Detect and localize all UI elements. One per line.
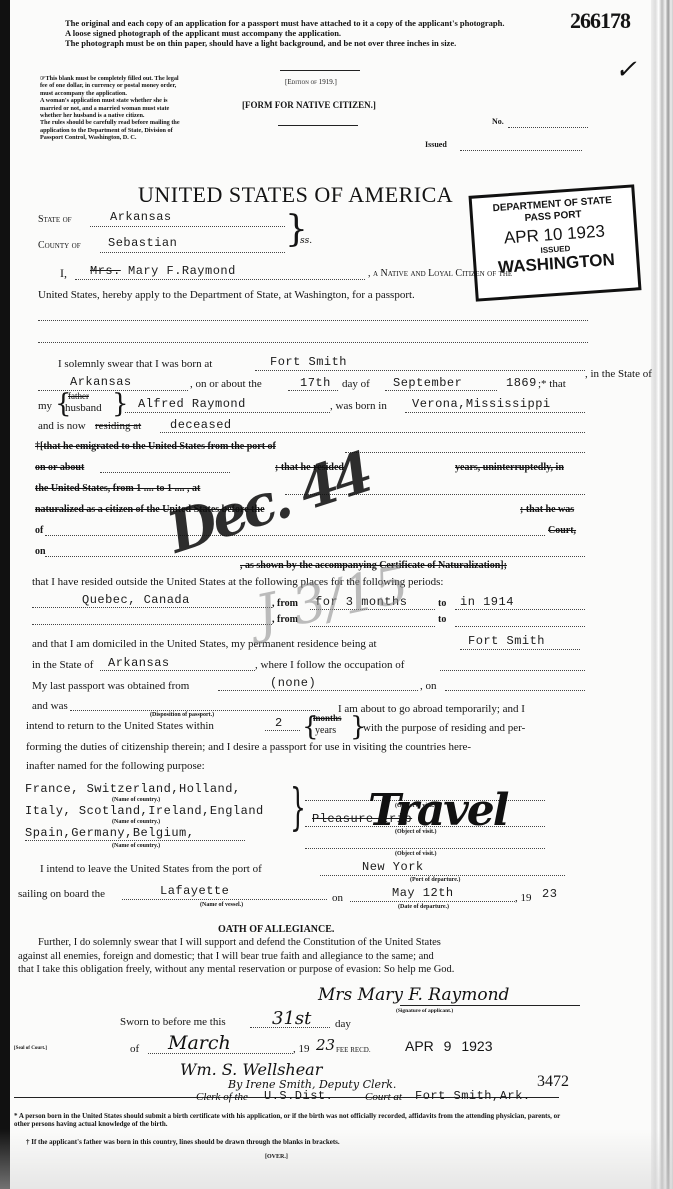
naturalization-line-2: on or about (35, 462, 84, 473)
countries-brace: } (290, 782, 306, 832)
sworn-year: 23 (316, 1036, 335, 1054)
domicile-state-line (100, 670, 255, 671)
naturalization-line-2c: years, uninterruptedly, in (455, 462, 564, 473)
departure-port[interactable]: New York (362, 860, 424, 874)
oath-line-2: against all enemies, foreign and domesti… (18, 951, 434, 962)
departure-port-caption: (Port of departure.) (410, 877, 460, 883)
fee-received-label: FEE RECD. (336, 1046, 371, 1054)
departure-year-prefix: , 19 (515, 892, 532, 904)
seal-label: [Seal of Court.] (14, 1046, 47, 1051)
domicile-state[interactable]: Arkansas (108, 656, 170, 670)
residence-to-1[interactable]: in 1914 (460, 595, 514, 609)
side-instructions: ☞This blank must be completely filled ou… (40, 75, 180, 142)
occupation-field[interactable] (440, 670, 585, 671)
handwritten-scrawl-large: Dec. 44 (160, 440, 377, 567)
residence-to-1-line (455, 609, 585, 610)
applicant-name[interactable]: Mary F.Raymond (128, 264, 236, 278)
return-unit-struck: months (313, 713, 342, 723)
born-in-label: , was born in (330, 400, 387, 412)
birth-place-line (255, 370, 585, 371)
oath-line-1: Further, I do solemnly swear that I will… (38, 937, 441, 948)
header-note-3: The photograph must be on thin paper, sh… (65, 38, 585, 48)
county-value[interactable]: Sebastian (108, 236, 177, 250)
residence-place-1-line (32, 607, 272, 608)
disposition-field[interactable] (70, 710, 320, 711)
naturalization-line-1: †[that he emigrated to the United States… (35, 441, 276, 452)
domicile-text: and that I am domiciled in the United St… (32, 638, 377, 650)
return-value-line (265, 730, 300, 731)
last-passport-value[interactable]: (none) (270, 676, 316, 690)
birth-place[interactable]: Fort Smith (270, 355, 347, 369)
naturalization-line-6: on (35, 546, 46, 557)
birth-year[interactable]: 1869 (506, 376, 537, 390)
residence-place-1[interactable]: Quebec, Canada (82, 593, 190, 607)
native-citizen-label: , a Native and Loyal Citizen of the (368, 268, 512, 279)
footnote-birth-certificate: * A person born in the United States sho… (14, 1112, 564, 1128)
naturalization-line-4b: ; that he was (520, 504, 574, 515)
departure-date-caption: (Date of departure.) (398, 904, 449, 910)
residence-to-2-field[interactable] (455, 626, 585, 627)
departure-date-line (350, 901, 515, 902)
header-note-2: A loose signed photograph of the applica… (65, 28, 585, 38)
oath-line-3: that I take this obligation freely, with… (18, 964, 454, 975)
domicile-city[interactable]: Fort Smith (468, 634, 545, 648)
spouse-birthplace-line (405, 412, 585, 413)
i-label: I, (60, 266, 67, 281)
naturalization-line-5: of (35, 525, 43, 536)
occupation-label: , where I follow the occupation of (255, 659, 404, 671)
clerk-of-label: Clerk of the (196, 1091, 248, 1103)
sworn-day-line (250, 1027, 330, 1028)
return-label: intend to return to the United States wi… (26, 720, 214, 732)
naturalization-line-3: the United States, from 1 .... to 1 ....… (35, 483, 200, 494)
day-of-label: day of (342, 378, 370, 390)
blank-line-1 (38, 320, 588, 321)
number-label: No. (492, 117, 504, 126)
instruction-rules: The rules should be carefully read befor… (40, 119, 180, 141)
applicant-name-line (75, 279, 365, 280)
departure-date[interactable]: May 12th (392, 886, 454, 900)
last-passport-date-field[interactable] (445, 690, 585, 691)
passport-issued-stamp: DEPARTMENT OF STATE PASS PORT APR 10 192… (469, 184, 642, 301)
return-value[interactable]: 2 (275, 716, 283, 730)
last-passport-on-label: , on (420, 680, 437, 692)
return-line-2: forming the duties of citizenship therei… (26, 741, 471, 753)
divider-top (280, 70, 360, 71)
form-type-label: [FORM FOR NATIVE CITIZEN.] (242, 100, 376, 110)
spouse-name-line (125, 412, 330, 413)
instruction-married: A woman's application must state whether… (40, 97, 180, 119)
departure-on-label: on (332, 892, 343, 904)
naturalization-line-1-blank (345, 452, 585, 453)
sworn-month: March (168, 1032, 231, 1054)
state-label: State of (38, 214, 72, 225)
country-2-caption: (Name of country.) (112, 819, 160, 825)
state-line (90, 226, 285, 227)
residing-struck: residing at (95, 420, 141, 432)
vessel-line (122, 899, 327, 900)
and-was-label: and was (32, 700, 68, 712)
return-unit: years (315, 725, 336, 736)
relation-struck: father (68, 391, 89, 401)
return-purpose-text: with the purpose of residing and per- (363, 722, 525, 734)
fee-received-date: APR 9 1923 (405, 1038, 493, 1054)
my-label: my (38, 400, 52, 412)
birth-month-line (385, 390, 497, 391)
on-about-label: , on or about the (190, 378, 262, 390)
state-of-label: , in the State of (585, 368, 652, 380)
header-notes: The original and each copy of an applica… (65, 18, 585, 48)
issued-field[interactable] (460, 150, 582, 151)
residing-line (160, 432, 585, 433)
last-passport-label: My last passport was obtained from (32, 680, 189, 692)
naturalization-line-5-blank (45, 535, 545, 536)
vessel-label: sailing on board the (18, 888, 105, 900)
ss-label: ss. (300, 236, 312, 246)
birth-state[interactable]: Arkansas (70, 375, 132, 389)
relation-brace-close: } (112, 391, 129, 417)
residing-label: and is now (38, 420, 86, 432)
signature-line (400, 1005, 580, 1006)
signature-caption: (Signature of applicant.) (396, 1008, 453, 1014)
birth-day[interactable]: 17th (300, 376, 331, 390)
state-value[interactable]: Arkansas (110, 210, 172, 224)
over-label: [OVER.] (265, 1154, 288, 1160)
name-title-struck: Mrs. (90, 264, 121, 278)
domicile-city-line (460, 649, 580, 650)
apply-text: United States, hereby apply to the Depar… (38, 289, 415, 301)
return-line-3: inafter named for the following purpose: (26, 760, 205, 772)
last-passport-line (218, 690, 418, 691)
domicile-state-label: in the State of (32, 659, 93, 671)
object-of-visit-3-caption: (Object of visit.) (395, 851, 437, 857)
court-name: U.S.Dist. (264, 1089, 333, 1103)
spouse-name[interactable]: Alfred Raymond (138, 397, 246, 411)
sworn-label: Sworn to before me this (120, 1016, 226, 1028)
sworn-born-label: I solemnly swear that I was born at (58, 358, 212, 370)
reference-number: 3472 (537, 1073, 569, 1091)
scan-left-border (0, 0, 10, 1189)
sworn-day: 31st (272, 1008, 311, 1029)
number-field[interactable] (508, 127, 588, 128)
departure-year[interactable]: 23 (542, 887, 557, 901)
blank-line-2 (38, 342, 588, 343)
object-of-visit-3-field[interactable] (305, 848, 545, 849)
relation: husband (65, 402, 102, 414)
sworn-year-prefix: , 19 (293, 1043, 310, 1055)
country-2[interactable]: Italy, Scotland,Ireland,England (25, 804, 264, 818)
scan-right-edge (651, 0, 673, 1189)
court-location: Fort Smith,Ark. (415, 1089, 531, 1103)
departure-port-line (320, 875, 565, 876)
residence-to-label-1: to (438, 598, 446, 609)
country-3-caption: (Name of country.) (112, 843, 160, 849)
sworn-of-label: of (130, 1043, 139, 1055)
clerk-signature: Wm. S. Wellshear (180, 1060, 322, 1079)
naturalization-line-5b: Court, (548, 525, 576, 536)
passport-application-page: 266178 ✓ The original and each copy of a… (0, 0, 673, 1189)
country-3[interactable]: Spain,Germany,Belgium, (25, 826, 194, 840)
sworn-day-label: day (335, 1018, 351, 1030)
spouse-birthplace[interactable]: Verona,Mississippi (412, 397, 551, 411)
travel-annotation: Travel (368, 785, 508, 836)
header-note-1: The original and each copy of an applica… (65, 18, 585, 28)
naturalization-line-2-blank (100, 472, 230, 473)
oath-title: OATH OF ALLEGIANCE. (218, 924, 334, 935)
divider-bottom (278, 125, 358, 126)
instruction-fee: ☞This blank must be completely filled ou… (40, 75, 180, 97)
birth-day-line (288, 390, 338, 391)
footnote-father-born: † If the applicant's father was born in … (26, 1138, 566, 1146)
disposition-caption: (Disposition of passport.) (150, 712, 214, 718)
residence-to-label-2: to (438, 614, 446, 625)
applicant-signature: Mrs Mary F. Raymond (318, 985, 509, 1005)
country-3-line (25, 840, 245, 841)
document-title: UNITED STATES OF AMERICA (138, 182, 453, 208)
birth-month[interactable]: September (393, 376, 462, 390)
country-1-caption: (Name of country.) (112, 797, 160, 803)
residing-value[interactable]: deceased (170, 418, 232, 432)
edition-label: [Edition of 1919.] (285, 78, 337, 86)
that-label: ;* that (538, 378, 566, 390)
naturalization-line-6-blank (45, 556, 585, 557)
court-at-label: Court at (365, 1091, 402, 1103)
vessel-name[interactable]: Lafayette (160, 884, 229, 898)
check-mark-icon: ✓ (615, 55, 637, 85)
vessel-caption: (Name of vessel.) (200, 902, 243, 908)
residence-place-2-line (32, 624, 272, 625)
departure-port-label: I intend to leave the United States from… (40, 863, 262, 875)
county-line (100, 252, 285, 253)
country-1[interactable]: France, Switzerland,Holland, (25, 782, 241, 796)
issued-label: Issued (425, 140, 447, 149)
sworn-month-line (148, 1053, 293, 1054)
county-label: County of (38, 240, 81, 251)
